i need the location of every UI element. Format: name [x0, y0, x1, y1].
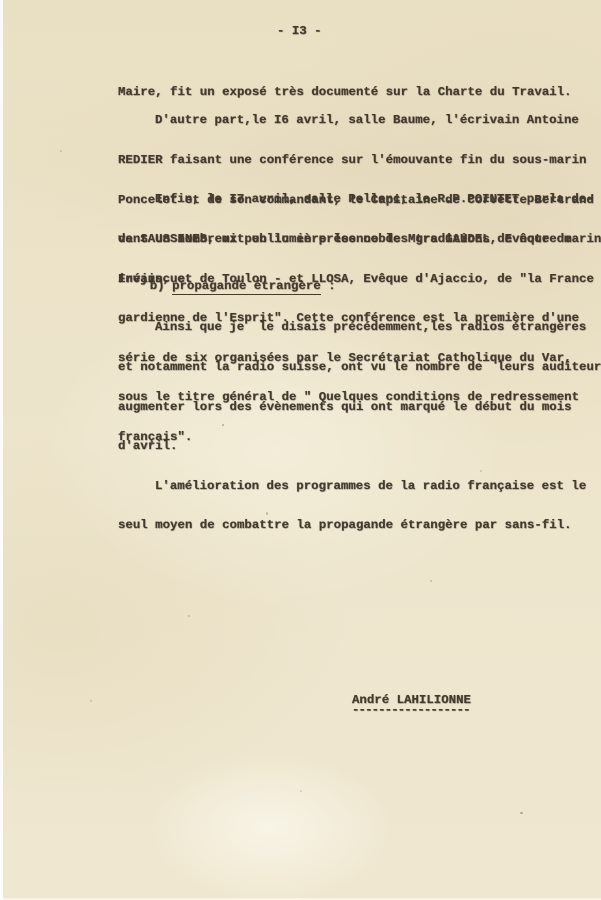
paper-speck: [555, 120, 558, 122]
paper-speck: [60, 150, 62, 152]
paper-speck: [480, 470, 482, 472]
section-heading-prefix: b): [150, 279, 172, 293]
page-number: - I3 -: [277, 25, 322, 38]
text-line: Enfin, le I7 avril, salle Pellenc, le R.…: [118, 193, 594, 206]
section-heading-suffix: :: [321, 279, 336, 293]
paper-speck: [222, 424, 224, 426]
text-line: D'autre part,le I6 avril, salle Baume, l…: [118, 114, 601, 127]
text-line: d'avril.: [118, 440, 601, 453]
paper-speck: [520, 812, 523, 814]
paper-speck: [300, 790, 302, 792]
text-line: et notamment la radio suisse, ont vu le …: [118, 361, 601, 374]
text-line: Ainsi que je le disais précédemment,les …: [118, 321, 601, 334]
signature-rule: ------------------: [352, 704, 470, 717]
scanned-document-page: - I3 - Maire, fit un exposé très documen…: [0, 0, 601, 900]
section-heading-underlined: propagande étrangère: [172, 279, 321, 295]
text-line: L'amélioration des programmes de la radi…: [118, 480, 601, 493]
paper-speck: [266, 512, 268, 515]
text-line: augmenter lors des évènements qui ont ma…: [118, 401, 601, 414]
paper-speck: [90, 700, 92, 702]
paragraph-4: Ainsi que je le disais précédemment,les …: [118, 295, 601, 559]
paper-speck: [188, 615, 190, 617]
text-line: REDIER faisant une conférence sur l'émou…: [118, 154, 601, 167]
scan-edge-left: [0, 0, 3, 900]
text-line: seul moyen de combattre la propagande ét…: [118, 519, 601, 532]
paper-speck: [430, 580, 432, 582]
text-line: vant un nombreux public en présence de M…: [118, 233, 594, 246]
